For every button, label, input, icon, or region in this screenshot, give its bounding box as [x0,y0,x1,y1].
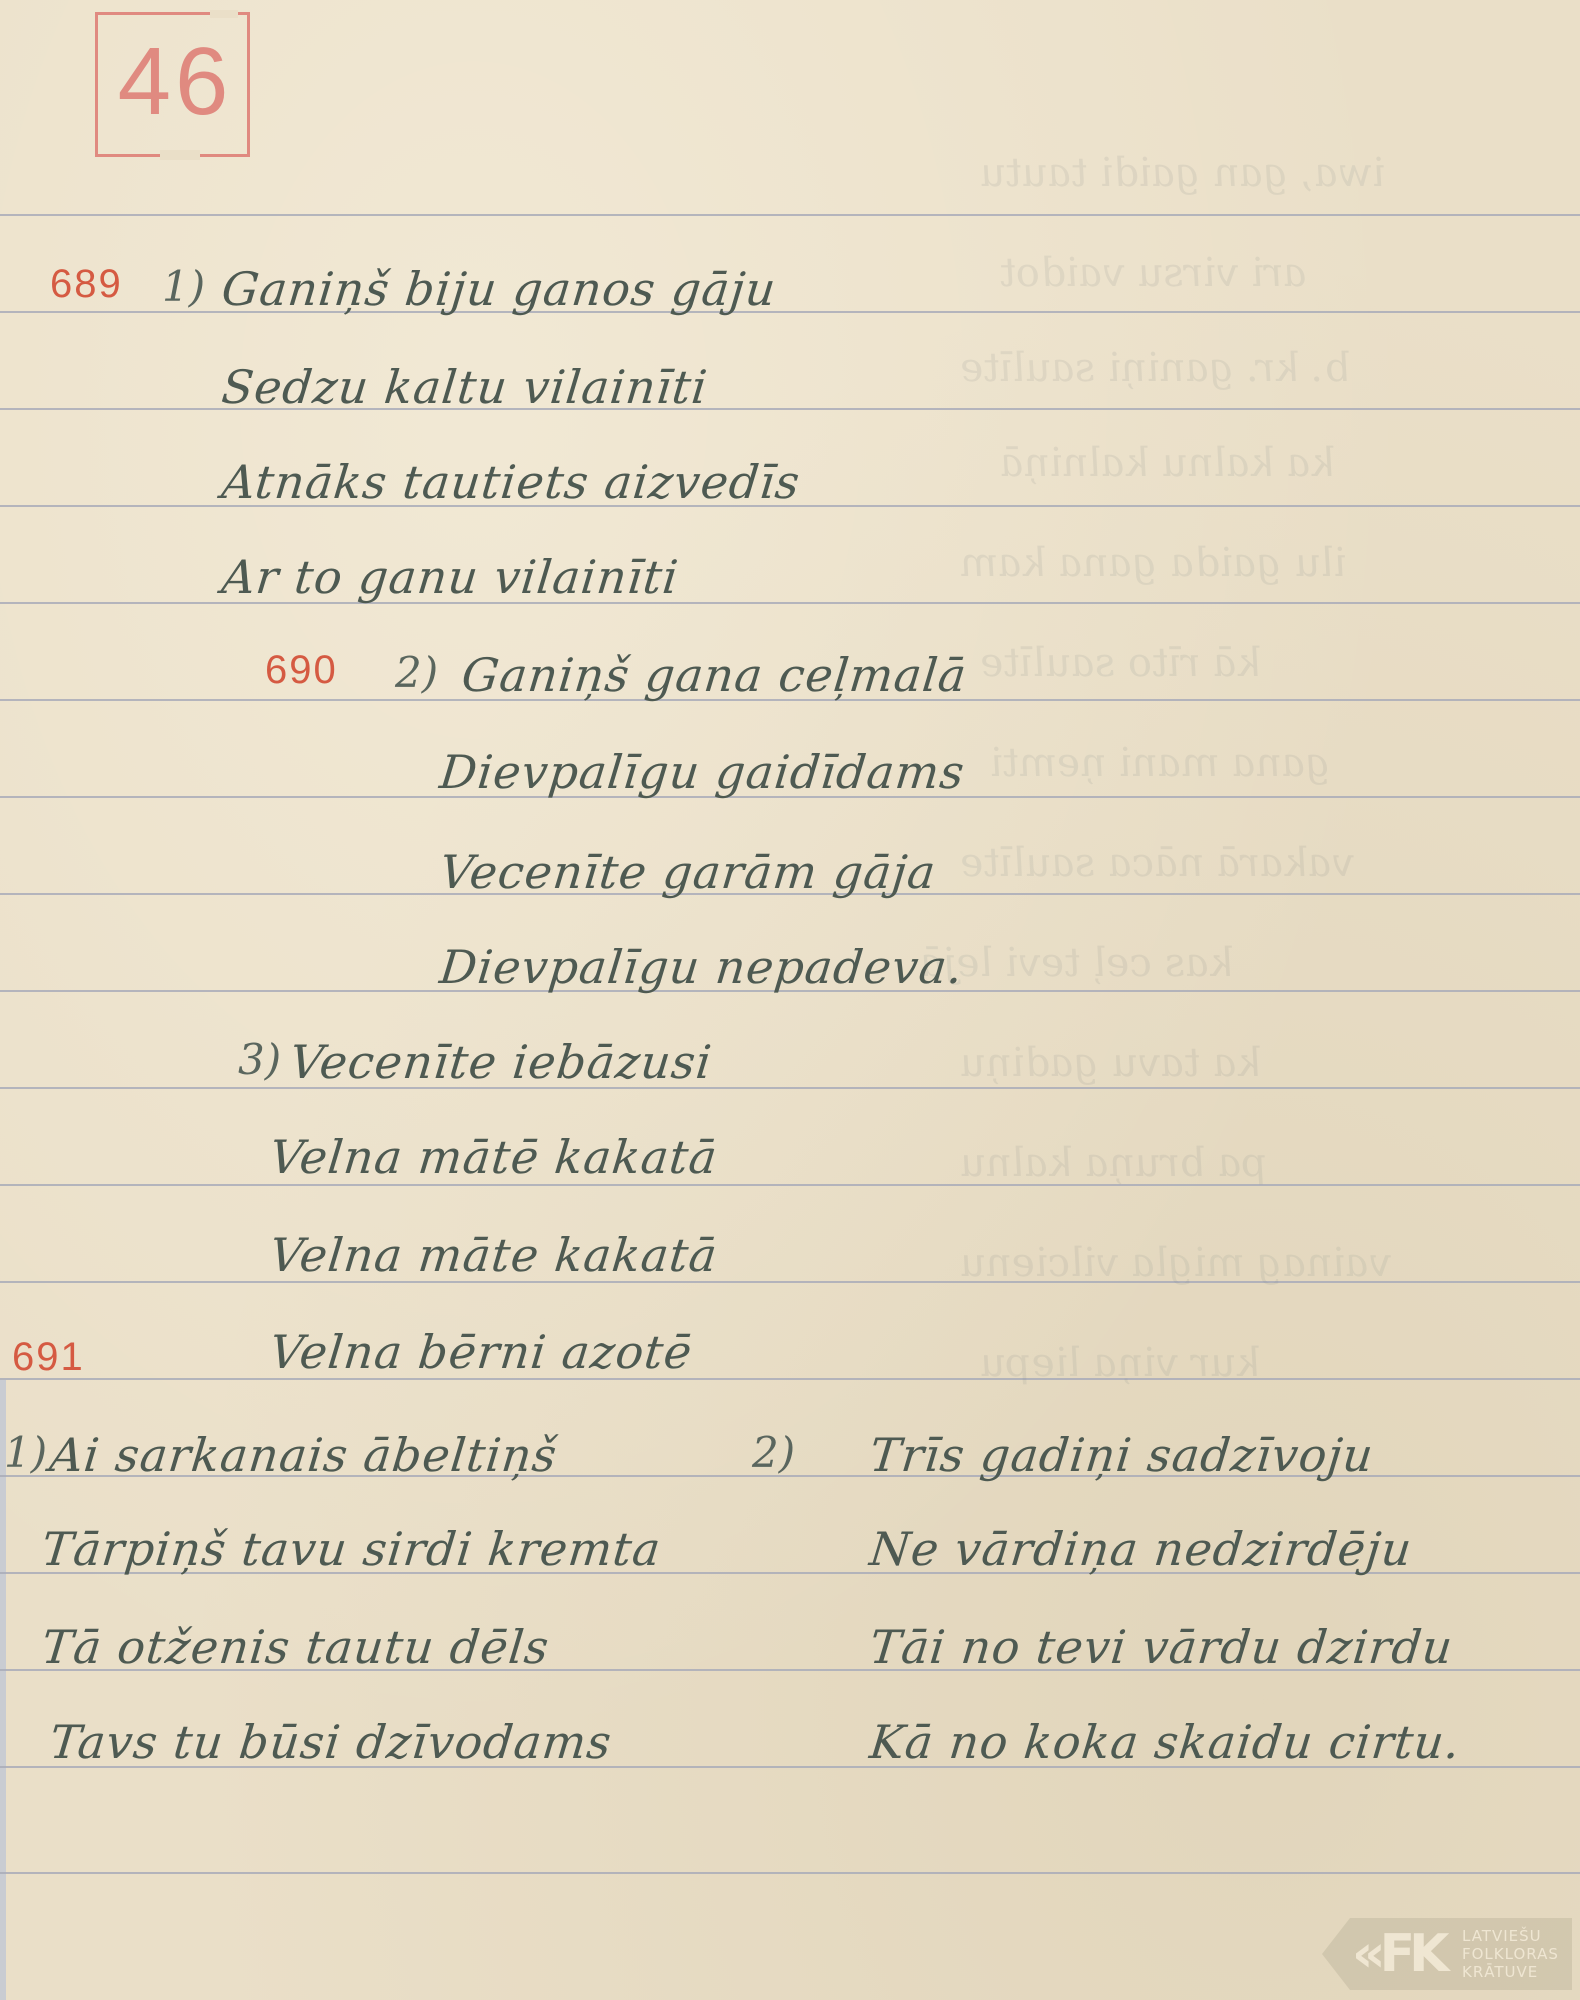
bleed-through: pa bruņa kalnu [957,1140,1271,1186]
logo-line: FOLKLORAS [1462,1945,1559,1963]
box-gap [210,10,238,18]
bleed-through: ilu gaida gana kam [957,540,1350,586]
verse-line: Vecenīte iebāzusi [287,1035,715,1089]
logo-line: KRĀTUVE [1462,1963,1559,1981]
catalog-number: 689 [50,262,123,307]
bleed-through: kā rīto saulīte [977,640,1265,686]
bleed-through: b. kr. ganiņi saulīte [957,345,1354,391]
verse-line: Ar to ganu vilainīti [219,550,681,604]
bleed-through: ari virsu vaidot [997,250,1310,296]
catalog-number: 691 [12,1335,85,1380]
verse-line: Tā otženis tautu dēls [39,1620,552,1674]
verse-line: Dievpalīgu gaidīdams [437,745,967,799]
lfk-logo-icon: «FK [1352,1924,1443,1984]
manuscript-page: iwa, gan gaidi tautu ari virsu vaidot b.… [0,0,1580,2000]
verse-line: Kā no koka skaidu cirtu. [867,1715,1463,1769]
verse-line: Ai sarkanais ābeltiņš [47,1428,560,1482]
bleed-through: iwa, gan gaidi tautu [977,150,1389,196]
verse-line: Trīs gadiņi sadzīvoju [867,1428,1376,1482]
verse-line: Dievpalīgu nepadeva. [437,940,966,994]
ruled-line [0,214,1580,216]
box-gap [160,150,200,160]
logo-chevron-icon [1322,1918,1350,1990]
bleed-through: gana mani ņemti [987,740,1335,786]
verse-line: Tāi no tevi vārdu dzirdu [867,1620,1456,1674]
ruled-line [0,1872,1580,1874]
page-number: 46 [115,22,235,142]
ruled-line [0,1378,1580,1380]
ruled-line [0,1184,1580,1186]
bleed-through: vainag migla vilcienu [957,1240,1395,1286]
verse-line: Tavs tu būsi dzīvodams [47,1715,614,1769]
bleed-through: vakarā nāca saulīte [957,840,1358,886]
bleed-through: kur viņa liepu [977,1340,1264,1386]
archive-logo: «FK LATVIEŠU FOLKLORAS KRĀTUVE [1322,1918,1572,1990]
bleed-through: ka tavu gadiņu [957,1040,1265,1086]
verse-marker: 1) [4,1428,47,1477]
catalog-number: 690 [265,648,338,693]
logo-text: LATVIEŠU FOLKLORAS KRĀTUVE [1462,1927,1559,1981]
bleed-through: ka kalnu kalniņā [997,440,1338,486]
verse-line: Ganiņš gana ceļmalā [459,648,969,702]
verse-line: Tārpiņš tavu sirdi kremta [39,1522,664,1576]
ruled-line [0,1087,1580,1089]
verse-marker: 2) [752,1428,795,1477]
verse-line: Atnāks tautiets aizvedīs [219,455,803,509]
verse-line: Velna māte kakatā [267,1228,720,1282]
verse-line: Ne vārdiņa nedzirdēju [867,1522,1415,1576]
verse-marker: 2) [395,648,438,697]
verse-marker: 1) [162,262,205,311]
verse-marker: 3) [238,1035,281,1084]
verse-line: Vecenīte garām gāja [437,845,939,899]
verse-line: Velna bērni azotē [267,1325,695,1379]
logo-line: LATVIEŠU [1462,1927,1559,1945]
verse-line: Velna mātē kakatā [267,1130,720,1184]
verse-line: Ganiņš biju ganos gāju [219,262,779,316]
verse-line: Sedzu kaltu vilainīti [219,360,710,414]
